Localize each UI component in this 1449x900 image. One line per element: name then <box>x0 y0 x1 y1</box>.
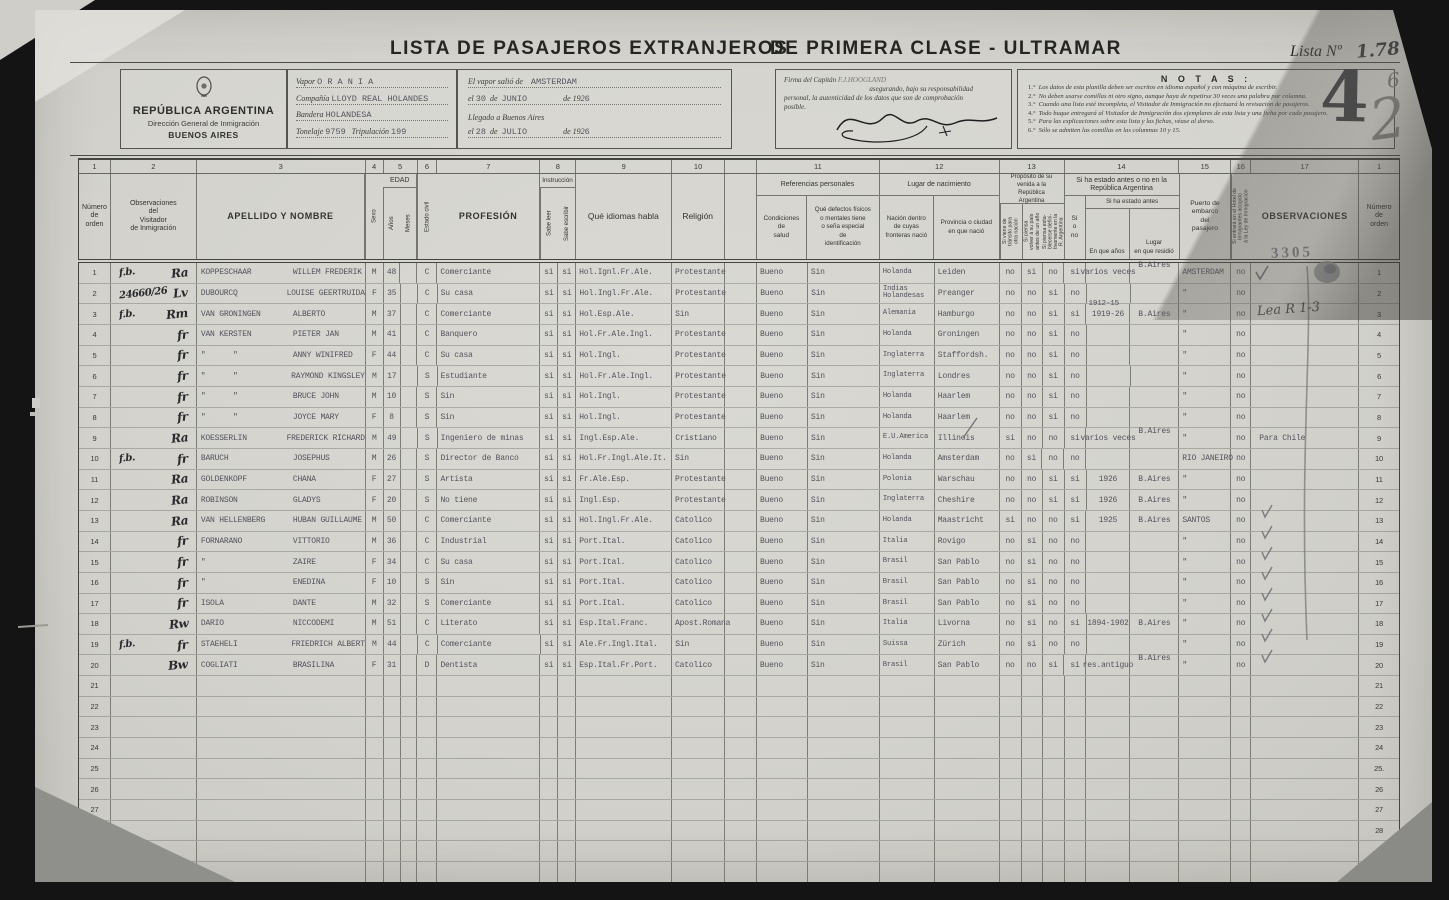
cell-name <box>197 717 366 737</box>
table-row: 7fr" "BRUCE JOHNM10SSinsisiHol.Ingl.Prot… <box>79 387 1399 408</box>
cell-hand: Ra <box>111 490 197 510</box>
cell-pr: Estudiante <box>438 366 541 386</box>
cell-n2: 25. <box>1359 759 1399 779</box>
cell-ey <box>1086 800 1130 820</box>
cell-ho: no <box>1231 387 1251 407</box>
header-lugar-nacimiento: Lugar de nacimiento <box>880 174 999 196</box>
cell-t2 <box>1022 676 1043 696</box>
cell-re: Protestante <box>672 470 725 490</box>
cell-n: 7 <box>79 387 111 407</box>
cell-pr: Comerciante <box>438 635 541 655</box>
cell-sx: F <box>366 573 384 593</box>
cell-na: Holanda <box>880 325 935 345</box>
column-number: 10 <box>672 160 725 173</box>
cell-sl <box>540 717 558 737</box>
cell-pu: " <box>1179 635 1231 655</box>
cell-pu: " <box>1179 325 1231 345</box>
cell-ea <box>1065 779 1087 799</box>
cell-id: Hol.Esp.Ale. <box>576 304 672 324</box>
cell-ec <box>417 676 437 696</box>
cell-pu: " <box>1179 387 1231 407</box>
cell-df <box>808 862 880 883</box>
cell-cs: Bueno <box>757 532 808 552</box>
cell-t2: no <box>1022 325 1043 345</box>
cell-t3: si <box>1043 325 1065 345</box>
cell-pr <box>437 697 540 717</box>
cell-el <box>1130 594 1179 614</box>
cell-sl: si <box>540 552 558 572</box>
cell-obs <box>1251 573 1359 593</box>
table-row: 8fr" "JOYCE MARYF8SSinsisiHol.Ingl.Prote… <box>79 408 1399 429</box>
cell-na: Holanda <box>880 387 935 407</box>
cell-n: 15 <box>79 552 111 572</box>
cell-pu: " <box>1179 532 1231 552</box>
cell-n: 24 <box>79 738 111 758</box>
cell-hand: Ra <box>111 470 197 490</box>
cell-me <box>401 532 418 552</box>
cell-t1 <box>1000 862 1022 883</box>
cell-bl <box>725 841 757 861</box>
cell-re <box>672 841 725 861</box>
header-defectos: Qué defectos físicos o mentales tiene o … <box>807 196 878 259</box>
cell-me <box>401 862 418 883</box>
cell-df <box>808 676 880 696</box>
cell-sx: F <box>366 470 384 490</box>
departure-port-field: El vapor salió de AMSTERDAM <box>468 77 721 88</box>
cell-sx <box>366 862 384 883</box>
cell-re <box>672 759 725 779</box>
cell-n: 17 <box>79 594 111 614</box>
cell-name <box>197 800 366 820</box>
header-sexo: Sexo <box>365 174 383 259</box>
header-establecerse: Si piensa esta- blecerse defini- tivamen… <box>1043 204 1065 259</box>
cell-bl <box>725 284 757 304</box>
cell-an: 37 <box>384 304 401 324</box>
cell-ec: C <box>417 325 437 345</box>
cell-hand: fr <box>111 594 197 614</box>
cell-name <box>197 738 366 758</box>
cell-pr: Literato <box>437 614 540 634</box>
cell-name: " "BRUCE JOHN <box>197 387 366 407</box>
cell-na: Italia <box>880 614 935 634</box>
cell-se: si <box>558 304 576 324</box>
ship-name-field: Vapor O R A N I A <box>296 77 448 88</box>
cell-t1 <box>1000 697 1022 717</box>
cell-pr: Director de Banco <box>437 449 540 469</box>
cell-se: si <box>558 263 576 283</box>
cell-cs <box>757 717 808 737</box>
cell-hand: f.b.fr <box>111 635 197 655</box>
cell-na: Inglaterra <box>880 346 935 366</box>
cell-pu <box>1179 821 1231 841</box>
cell-ea: si <box>1065 511 1087 531</box>
anio2-value: 6 <box>585 127 590 137</box>
anio-pre1: de 192 <box>563 94 585 103</box>
cell-ea <box>1065 676 1087 696</box>
cell-t3 <box>1043 697 1065 717</box>
cell-na: Suissa <box>880 635 935 655</box>
column-number: 9 <box>576 160 672 173</box>
cell-ec: C <box>418 284 438 304</box>
company-field: Compañía LLOYD REAL HOLANDES <box>296 94 448 105</box>
cell-el <box>1130 676 1179 696</box>
header-nacimiento-group: Lugar de nacimiento Nación dentro de cuy… <box>880 174 1000 259</box>
header-proposito-group: Propósito de su venida a la República Ar… <box>1000 174 1065 259</box>
cell-se <box>558 676 576 696</box>
cell-re: Catolico <box>672 532 725 552</box>
cell-se: si <box>558 346 576 366</box>
table-row: 9RaKOESSERLINFREDERICK RICHARDM49SIngeni… <box>79 428 1399 449</box>
cell-hand: fr <box>111 366 197 386</box>
header-numero-right: Número de orden <box>1359 174 1399 259</box>
cell-pu: " <box>1179 304 1231 324</box>
cell-an <box>384 779 401 799</box>
header-ha-estado: Si ha estado antes <box>1086 196 1179 209</box>
firma-line: Firma del Capitán F.J.HOOGLAND <box>784 76 1003 85</box>
table-row: 5fr" "ANNY WINIFREDF44CSu casasisiHol.In… <box>79 346 1399 367</box>
header-instruccion-group: Instrucción Sabe leer Sabe escribir <box>540 174 576 259</box>
cell-n: 3 <box>79 304 111 324</box>
cell-pu: " <box>1179 408 1231 428</box>
cell-cs <box>757 779 808 799</box>
cell-an <box>384 759 401 779</box>
cell-t2: si <box>1022 263 1043 283</box>
table-row: 2222 <box>79 697 1399 718</box>
cell-me <box>401 511 418 531</box>
cell-ea: no <box>1065 346 1087 366</box>
cell-hand <box>111 676 197 696</box>
cell-me <box>401 573 418 593</box>
cell-an <box>384 697 401 717</box>
cell-na: Alemania <box>880 304 935 324</box>
cell-el <box>1130 759 1179 779</box>
cell-ea: no <box>1065 552 1087 572</box>
tripulacion-value: 199 <box>391 127 406 137</box>
cell-bl <box>725 511 757 531</box>
cell-ec <box>417 862 437 883</box>
column-number: 15 <box>1179 160 1231 173</box>
cell-ec <box>417 717 437 737</box>
cell-obs <box>1251 800 1359 820</box>
cell-cs <box>757 841 808 861</box>
table-row: 3030. <box>79 862 1399 883</box>
cell-t3 <box>1043 862 1065 883</box>
cell-bl <box>725 346 757 366</box>
cell-t2: no <box>1022 490 1043 510</box>
cell-t1: no <box>1000 490 1022 510</box>
cell-id: Hol.Ingl. <box>576 346 672 366</box>
cell-ea: si <box>1065 490 1087 510</box>
cell-id: Hol.Ingl. <box>576 408 672 428</box>
compania-value: LLOYD REAL HOLANDES <box>331 94 428 104</box>
cell-bl <box>725 408 757 428</box>
cell-pr: Comerciante <box>437 594 540 614</box>
cell-ec <box>417 821 437 841</box>
cell-hand <box>111 738 197 758</box>
cell-t1: no <box>1000 532 1022 552</box>
cell-sl <box>540 697 558 717</box>
cell-pr <box>437 676 540 696</box>
cell-cs <box>757 800 808 820</box>
cell-bl <box>725 449 757 469</box>
cell-se <box>558 821 576 841</box>
cell-re: Sin <box>672 635 725 655</box>
cell-id: Esp.Ital.Fr.Port. <box>576 655 672 675</box>
document-page: LISTA DE PASAJEROS EXTRANJEROS DE PRIMER… <box>35 10 1432 882</box>
cell-n: 1 <box>79 263 111 283</box>
cell-se: si <box>558 470 576 490</box>
cell-an <box>384 841 401 861</box>
cell-el <box>1130 635 1179 655</box>
cell-name: " "RAYMOND KINGSLEY <box>197 366 366 386</box>
cell-pr: Comerciante <box>437 304 540 324</box>
cell-sl <box>540 821 558 841</box>
cell-se: si <box>558 408 576 428</box>
cell-na: Indias Holandesas <box>880 284 935 304</box>
table-row: 11RaGOLDENKOPFCHANAF27SArtistasisiFr.Ale… <box>79 470 1399 491</box>
cell-pu: " <box>1179 655 1231 675</box>
cell-name: " "JOYCE MARY <box>197 408 366 428</box>
cell-bl <box>725 779 757 799</box>
table-row: 2929 <box>79 841 1399 862</box>
cell-sl <box>540 738 558 758</box>
cell-se: si <box>558 614 576 634</box>
cell-cs: Bueno <box>757 490 808 510</box>
cell-na <box>880 738 935 758</box>
cell-obs: Para Chile <box>1251 428 1359 448</box>
cell-name: DARIONICCODEMI <box>197 614 366 634</box>
cell-t2: no <box>1022 655 1043 675</box>
cell-obs <box>1251 387 1359 407</box>
cell-cs <box>757 821 808 841</box>
cell-an: 20 <box>384 490 401 510</box>
cell-id <box>576 697 672 717</box>
cell-me <box>401 738 418 758</box>
cell-n2: 6 <box>1359 366 1399 386</box>
cell-t1: si <box>1000 428 1022 448</box>
cell-sx: F <box>366 346 384 366</box>
cell-me <box>401 655 418 675</box>
cell-name: VAN HELLENBERGHUBAN GUILLAUME <box>197 511 366 531</box>
cell-n2: 3 <box>1359 304 1399 324</box>
table-row: 2727 <box>79 800 1399 821</box>
cell-t1: no <box>1000 470 1022 490</box>
cell-el <box>1130 408 1179 428</box>
cell-cs: Bueno <box>757 346 808 366</box>
dia2-value: 28 <box>476 127 486 137</box>
cell-na <box>880 862 935 883</box>
cell-cs <box>757 862 808 883</box>
cell-hand: Bw <box>111 655 197 675</box>
cell-n: 14 <box>79 532 111 552</box>
cell-an: 41 <box>384 325 401 345</box>
cell-id: Hol.Ingl. <box>576 387 672 407</box>
cell-ec <box>417 697 437 717</box>
cell-bl <box>725 490 757 510</box>
cell-pu <box>1179 800 1231 820</box>
column-number: 1 <box>1359 160 1399 173</box>
cell-n: 16 <box>79 573 111 593</box>
cell-se <box>558 717 576 737</box>
cell-ea <box>1065 738 1087 758</box>
arrival-label-field: Llegado a Buenos Aires <box>468 113 721 122</box>
cell-ho: no <box>1231 366 1251 386</box>
cell-df: Sin <box>808 408 880 428</box>
cell-me <box>401 697 418 717</box>
cell-ey <box>1086 717 1130 737</box>
cell-sl: si <box>540 346 558 366</box>
cell-sl: si <box>541 635 559 655</box>
cell-sx: F <box>366 490 384 510</box>
cell-na: Inglaterra <box>880 490 935 510</box>
cell-re <box>672 717 725 737</box>
cell-el <box>1130 800 1179 820</box>
captain-signature <box>831 96 1001 144</box>
cell-na <box>880 676 935 696</box>
cell-t3: no <box>1043 594 1065 614</box>
cell-cs: Bueno <box>757 366 808 386</box>
tripulacion-label: Tripulación <box>352 127 389 136</box>
cell-se <box>558 738 576 758</box>
cell-pr <box>437 717 540 737</box>
cell-na: Brasil <box>880 573 935 593</box>
cell-t2: si <box>1022 532 1043 552</box>
cell-id <box>576 841 672 861</box>
cell-n2: 21 <box>1359 676 1399 696</box>
cell-name: "ENEDINA <box>197 573 366 593</box>
cell-pv: San Pablo <box>935 655 1000 675</box>
cell-ea: no <box>1065 635 1087 655</box>
cell-n2: 23 <box>1359 717 1399 737</box>
cell-t1 <box>1000 800 1022 820</box>
cell-ec: S <box>418 428 438 448</box>
cell-t1: no <box>1000 304 1022 324</box>
header-band: REPÚBLICA ARGENTINA Dirección General de… <box>70 62 1400 156</box>
cell-re: Catolico <box>672 511 725 531</box>
table-row: 2323 <box>79 717 1399 738</box>
cell-pr: Sin <box>437 408 540 428</box>
cell-ea <box>1065 759 1087 779</box>
cell-sl: si <box>540 304 558 324</box>
cell-se: si <box>558 552 576 572</box>
cell-t1 <box>1000 779 1022 799</box>
column-number: 8 <box>540 160 576 173</box>
cell-pv: Staffordsh. <box>935 346 1000 366</box>
cell-an: 26 <box>384 449 401 469</box>
cell-t3: no <box>1043 532 1065 552</box>
cell-na <box>880 697 935 717</box>
cell-id <box>576 862 672 883</box>
cell-se: si <box>558 366 576 386</box>
mes2-value: JULIO <box>502 127 528 137</box>
cell-re <box>672 697 725 717</box>
cell-pv: Zürich <box>935 635 1000 655</box>
cell-ec: C <box>418 635 438 655</box>
cell-sl: si <box>540 470 558 490</box>
cell-pv: Maastricht <box>935 511 1000 531</box>
cell-pu: " <box>1179 284 1231 304</box>
cell-df <box>808 779 880 799</box>
cell-t1 <box>1000 738 1022 758</box>
cell-ec: C <box>417 614 437 634</box>
cell-cs: Bueno <box>757 614 808 634</box>
cell-ey <box>1086 738 1130 758</box>
cell-id: Hol.Fr.Ale.Ingl. <box>576 325 672 345</box>
cell-t1: no <box>1000 366 1022 386</box>
cell-bl <box>725 655 757 675</box>
cell-ho: no <box>1231 573 1251 593</box>
cell-t2 <box>1022 841 1043 861</box>
table-row: 2828 <box>79 821 1399 842</box>
cell-t1 <box>1000 821 1022 841</box>
cell-t1: no <box>1000 552 1022 572</box>
cell-t3: no <box>1043 635 1065 655</box>
llegado-label: Llegado a Buenos Aires <box>468 113 544 122</box>
cell-an: 44 <box>384 635 401 655</box>
cell-hand: Ra <box>111 428 197 448</box>
column-number: 13 <box>1000 160 1065 173</box>
cell-an: 31 <box>384 655 401 675</box>
captain-typed-name: F.J.HOOGLAND <box>838 76 886 84</box>
number-stamp: 3305 <box>1271 248 1313 258</box>
table-row: 17frISOLADANTEM32SComerciantesisiPort.It… <box>79 594 1399 615</box>
cell-sx: F <box>366 552 384 572</box>
cell-t3: no <box>1043 614 1065 634</box>
captain-text-1: asegurando, bajo su responsabilidad <box>784 85 1003 94</box>
cell-bl <box>725 738 757 758</box>
cell-hand: fr <box>111 387 197 407</box>
cell-hand: 24660/26Lv <box>111 284 197 304</box>
cell-sx: M <box>366 614 384 634</box>
header-en-anos: En que años <box>1086 209 1130 259</box>
cell-sx <box>366 821 384 841</box>
cell-ho: no <box>1231 325 1251 345</box>
cell-ey <box>1086 697 1130 717</box>
cell-n2: 26 <box>1359 779 1399 799</box>
anio-pre2: de 192 <box>563 127 585 136</box>
cell-bl <box>725 594 757 614</box>
table-row: 19f.b.frSTAEHELIFRIEDRICH ALBERTM44CCome… <box>79 635 1399 656</box>
cell-id <box>576 779 672 799</box>
passenger-table: 12345678910111213141516171 Número de ord… <box>78 158 1400 884</box>
cell-t1: no <box>1000 263 1022 283</box>
cell-hand <box>111 717 197 737</box>
cell-name <box>197 759 366 779</box>
cell-n2: 8 <box>1359 408 1399 428</box>
cell-obs <box>1251 263 1359 283</box>
cell-pr: Industrial <box>437 532 540 552</box>
cell-pr: Banquero <box>437 325 540 345</box>
cell-ho: no <box>1231 552 1251 572</box>
cell-pv: Cheshire <box>935 490 1000 510</box>
cell-ec: C <box>417 511 437 531</box>
cell-pv: Illinois <box>935 428 1000 448</box>
cell-pu: SANTOS <box>1179 511 1231 531</box>
cell-sl: si <box>540 408 558 428</box>
cell-pv <box>935 697 1000 717</box>
cell-n: 20 <box>79 655 111 675</box>
column-number: 12 <box>880 160 1000 173</box>
cell-cs: Bueno <box>757 573 808 593</box>
cell-cs <box>757 738 808 758</box>
cell-t3: si <box>1043 470 1065 490</box>
cell-pu: " <box>1179 470 1231 490</box>
cell-ey: 1926 <box>1087 490 1131 510</box>
cell-re: Catolico <box>672 573 725 593</box>
cell-el <box>1131 284 1180 304</box>
cell-pv <box>935 717 1000 737</box>
cell-t3 <box>1043 821 1065 841</box>
